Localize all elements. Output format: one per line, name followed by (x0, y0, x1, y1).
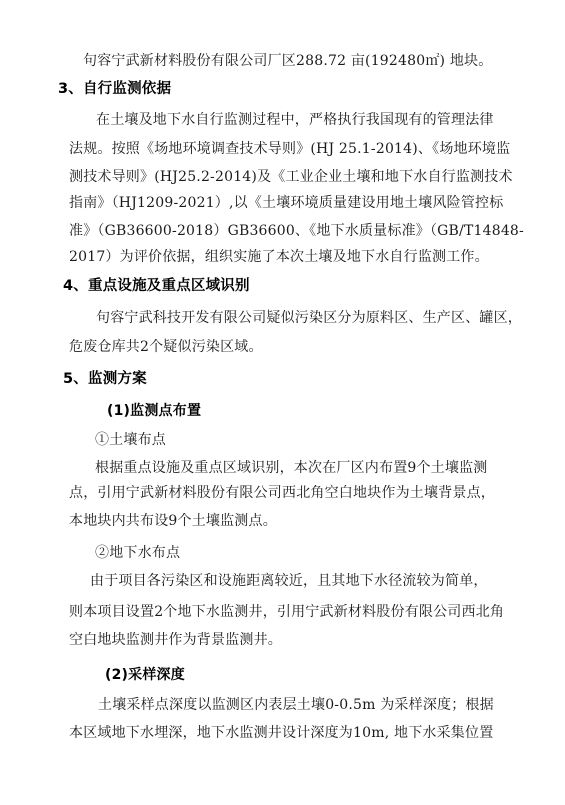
sampling-depth-text-line: 土壤采样点深度以监测区内表层土壤0-0.5m 为采样深度；根据 (98, 696, 494, 714)
section-3-heading: 3、自行监测依据 (58, 80, 171, 98)
section-3-text-line: 准》（GB36600-2018）GB36600、《地下水质量标准》（GB/T14… (69, 222, 524, 240)
intro-paragraph: 句容宁武新材料股份有限公司厂区288.72 亩(192480㎡) 地块。 (83, 52, 492, 70)
section-4-text-line: 句容宁武科技开发有限公司疑似污染区分为原料区、生产区、罐区， (96, 309, 522, 327)
section-5-heading: 5、监测方案 (63, 370, 147, 388)
subsection-point-layout-heading: (1)监测点布置 (107, 402, 201, 420)
section-3-text-line: 法规。按照《场地环境调查技术导则》(HJ 25.1-2014)、《场地环境监 (69, 140, 510, 158)
groundwater-layout-text-line: 由于项目各污染区和设施距离较近，且其地下水径流较为简单， (90, 572, 488, 590)
section-3-text-line: 测技术导则》(HJ25.2-2014)及《工业企业土壤和地下水自行监测技术 (69, 168, 513, 186)
subsection-sampling-depth-heading: (2)采样深度 (105, 666, 185, 684)
section-3-text-line: 指南》（HJ1209-2021）,以《土壤环境质量建设用地土壤风险管控标 (69, 194, 503, 212)
sampling-depth-text-line: 本区域地下水埋深，地下水监测井设计深度为10m, 地下水采集位置 (69, 724, 493, 742)
section-3-text-line: 2017）为评价依据，组织实施了本次土壤及地下水自行监测工作。 (69, 248, 489, 266)
section-3-text-line: 在土壤及地下水自行监测过程中，严格执行我国现有的管理法律 (96, 111, 494, 129)
soil-layout-text-line: 点，引用宁武新材料股份有限公司西北角空白地块作为土壤背景点， (69, 484, 495, 502)
soil-layout-text-line: 本地块内共布设9个土壤监测点。 (69, 512, 277, 530)
section-4-heading: 4、重点设施及重点区域识别 (63, 277, 250, 295)
section-4-text-line: 危废仓库共2个疑似污染区域。 (69, 338, 263, 356)
soil-layout-title: ①土壤布点 (95, 431, 166, 449)
soil-layout-text-line: 根据重点设施及重点区域识别，本次在厂区内布置9个土壤监测 (95, 459, 488, 477)
groundwater-layout-text-line: 空白地块监测井作为背景监测井。 (69, 631, 282, 649)
groundwater-layout-title: ②地下水布点 (95, 544, 180, 562)
groundwater-layout-text-line: 则本项目设置2个地下水监测井，引用宁武新材料股份有限公司西北角 (69, 603, 504, 621)
